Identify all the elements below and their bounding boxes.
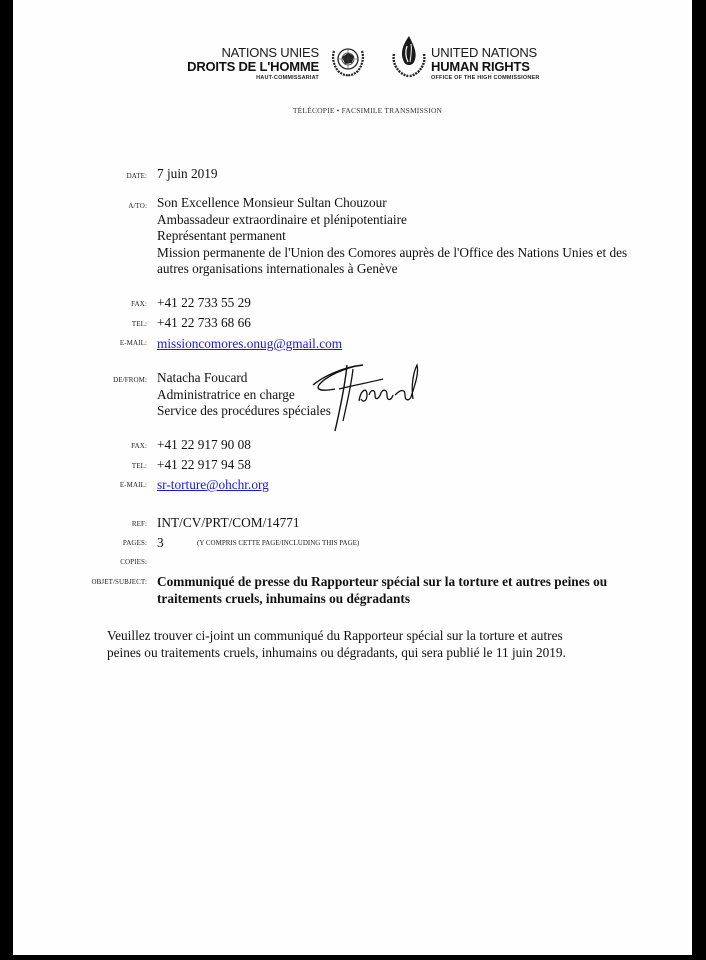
to-email-label: E-MAIL: [27,339,147,347]
subject-line: traitements cruels, inhumains ou dégrada… [157,591,607,608]
subject-text: Communiqué de presse du Rapporteur spéci… [157,574,607,607]
date-label: DATE: [27,172,147,180]
pages-value: 3 [157,535,164,552]
to-tel-value: +41 22 733 68 66 [157,315,251,332]
recipient-line: Mission permanente de l'Union des Comore… [157,245,627,262]
subject-line: Communiqué de presse du Rapporteur spéci… [157,574,607,591]
from-tel-value: +41 22 917 94 58 [157,457,251,474]
copies-label: COPIES: [27,558,147,566]
to-label: A/TO: [27,202,147,210]
from-email-label: E-MAIL: [27,481,147,489]
letterhead-fr-line1: NATIONS UNIES [187,46,319,60]
letterhead-fr-line2: DROITS DE L'HOMME [187,60,319,74]
pages-note: (Y COMPRIS CETTE PAGE/INCLUDING THIS PAG… [197,539,359,547]
body-line: peines ou traitements cruels, inhumains … [107,644,667,661]
from-label: DE/FROM: [27,376,147,384]
recipient-line: Son Excellence Monsieur Sultan Chouzour [157,195,627,212]
handwritten-signature-icon [305,355,425,435]
letterhead-en-line2: HUMAN RIGHTS [431,60,540,74]
to-email-link[interactable]: missioncomores.onug@gmail.com [157,336,342,353]
ref-label: REF: [27,520,147,528]
recipient-line: autres organisations internationales à G… [157,261,627,278]
fax-page: NATIONS UNIES DROITS DE L'HOMME HAUT-COM… [13,0,692,955]
human-rights-flame-icon [388,32,430,80]
letterhead-en-line1: UNITED NATIONS [431,46,540,60]
to-tel-label: TEL: [27,320,147,328]
to-fax-label: FAX: [27,300,147,308]
subject-label: OBJET/SUBJECT: [27,578,147,586]
pages-label: PAGES: [27,539,147,547]
from-email-link[interactable]: sr-torture@ohchr.org [157,477,269,494]
letterhead-en-line3: OFFICE OF THE HIGH COMMISSIONER [431,74,540,83]
letterhead-french: NATIONS UNIES DROITS DE L'HOMME HAUT-COM… [187,46,319,83]
body-line: Veuillez trouver ci-joint un communiqué … [107,627,667,644]
recipient-block: Son Excellence Monsieur Sultan Chouzour … [157,195,627,278]
to-fax-value: +41 22 733 55 29 [157,295,251,312]
from-fax-label: FAX: [27,442,147,450]
from-tel-label: TEL: [27,462,147,470]
recipient-line: Ambassadeur extraordinaire et plénipoten… [157,212,627,229]
transmission-title: TÉLÉCOPIE • FACSIMILE TRANSMISSION [13,106,692,115]
letterhead: NATIONS UNIES DROITS DE L'HOMME HAUT-COM… [13,0,692,100]
from-fax-value: +41 22 917 90 08 [157,437,251,454]
ref-value: INT/CV/PRT/COM/14771 [157,515,300,532]
body-paragraph: Veuillez trouver ci-joint un communiqué … [107,627,667,661]
recipient-line: Représentant permanent [157,228,627,245]
letterhead-english: UNITED NATIONS HUMAN RIGHTS OFFICE OF TH… [431,46,540,83]
letterhead-fr-line3: HAUT-COMMISSARIAT [187,74,319,83]
date-value: 7 juin 2019 [157,166,218,183]
un-emblem-icon [328,41,368,79]
